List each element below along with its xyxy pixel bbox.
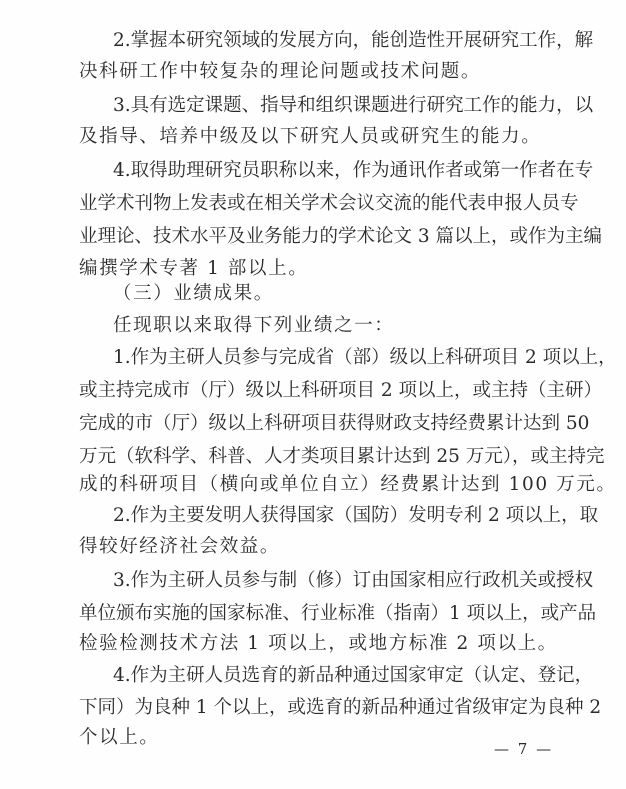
text-line: 3.作为主研人员参与制（修）订由国家相应行政机关或授权 [113,570,563,592]
text-line: 完成的市（厅）级以上科研项目获得财政支持经费累计达到 50 [79,413,563,435]
text-line: 成的科研项目（横向或单位自立）经费累计达到 100 万元。 [79,474,563,496]
text-line: 业学术刊物上发表或在相关学术会议交流的能代表申报人员专 [79,193,563,215]
text-line: 个以上。 [79,727,563,749]
page-number: — 7 — [494,740,553,758]
text-line: 检验检测技术方法 1 项以上，或地方标准 2 项以上。 [79,633,563,655]
text-line: 及指导、培养中级及以下研究人员或研究生的能力。 [79,126,563,148]
text-line: 决科研工作中较复杂的理论问题或技术问题。 [79,61,563,83]
text-line: 得较好经济社会效益。 [79,536,563,558]
text-line: 任现职以来取得下列业绩之一： [113,315,563,337]
text-line: 3.具有选定课题、指导和组织课题进行研究工作的能力，以 [113,95,563,117]
text-line: 万元（软科学、科普、人才类项目累计达到 25 万元），或主持完 [79,446,563,468]
text-line: 2.掌握本研究领域的发展方向，能创造性开展研究工作，解 [113,30,563,52]
text-line: 编撰学术专著 1 部以上。 [79,258,563,280]
text-line: 单位颁布实施的国家标准、行业标准（指南）1 项以上，或产品 [79,603,563,625]
text-line: （三）业绩成果。 [113,283,563,305]
text-line: 下同）为良种 1 个以上，或选育的新品种通过省级审定为良种 2 [79,697,563,719]
text-line: 业理论、技术水平及业务能力的学术论文 3 篇以上，或作为主编 [79,226,563,248]
text-line: 1.作为主研人员参与完成省（部）级以上科研项目 2 项以上， [113,347,563,369]
text-line: 4.作为主研人员选育的新品种通过国家审定（认定、登记， [113,665,563,687]
text-line: 2.作为主要发明人获得国家（国防）发明专利 2 项以上，取 [113,505,563,527]
text-line: 或主持完成市（厅）级以上科研项目 2 项以上，或主持（主研） [79,380,563,402]
document-page: 2.掌握本研究领域的发展方向，能创造性开展研究工作，解决科研工作中较复杂的理论问… [0,0,626,789]
text-line: 4.取得助理研究员职称以来，作为通讯作者或第一作者在专 [113,160,563,182]
